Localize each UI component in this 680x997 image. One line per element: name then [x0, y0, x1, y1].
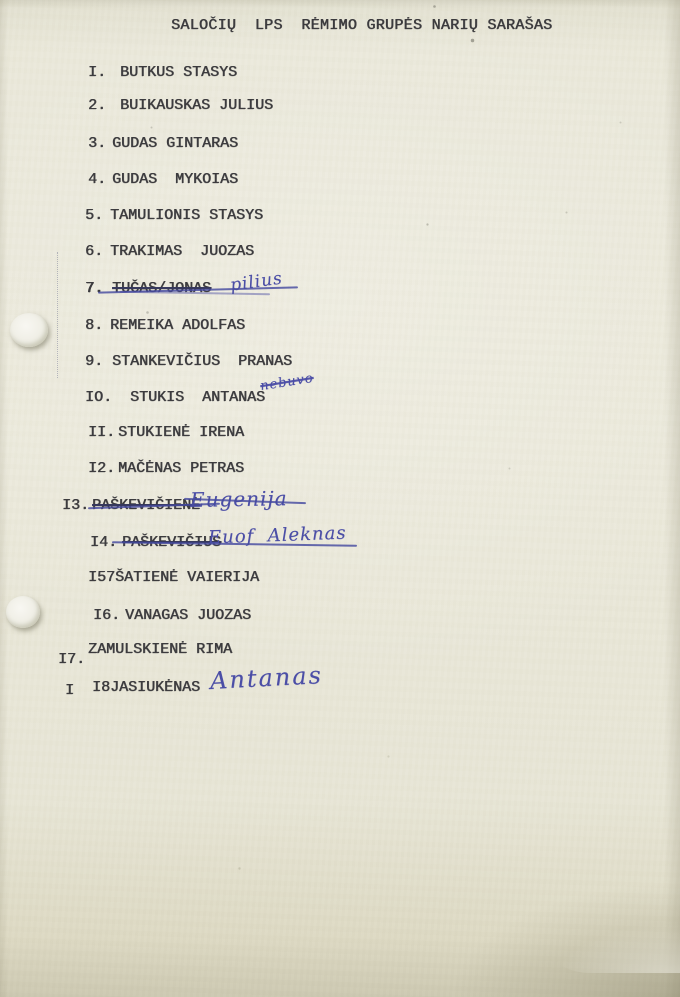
list-item: I. BUTKUS STASYS	[0, 64, 680, 86]
list-item: 6. TRAKIMAS JUOZAS	[0, 243, 680, 265]
item-number: I2.	[88, 460, 115, 477]
list-item: 4. GUDAS MYKOIAS	[0, 171, 680, 193]
member-name: TRAKIMAS JUOZAS	[110, 243, 254, 260]
item-number: I8	[92, 679, 110, 696]
list-item: 2. BUIKAUSKAS JULIUS	[0, 97, 680, 119]
item-number: 6.	[85, 243, 103, 260]
handwritten-annotation: Antanas	[209, 661, 323, 695]
item-number: II.	[88, 424, 115, 441]
member-name: GUDAS MYKOIAS	[112, 171, 238, 188]
item-number: 7.	[85, 280, 103, 297]
list-item: I I8 JASIUKĖNAS	[0, 679, 680, 701]
list-item: I57 ŠATIENĖ VAIERIJA	[0, 569, 680, 591]
member-name: ZAMULSKIENĖ RIMA	[88, 641, 232, 658]
list-item: 9. STANKEVIČIUS PRANAS	[0, 353, 680, 375]
corner-curl-highlight	[530, 913, 680, 973]
item-number: I7.	[58, 651, 85, 668]
document-title: SALOČIŲ LPS RĖMIMO GRUPĖS NARIŲ SARAŠAS	[171, 17, 552, 34]
top-edge-shadow	[0, 0, 680, 8]
list-item: 3. GUDAS GINTARAS	[0, 135, 680, 157]
member-name: STUKIS ANTANAS	[130, 389, 265, 406]
member-name: VANAGAS JUOZAS	[125, 607, 251, 624]
item-number: 4.	[88, 171, 106, 188]
member-name: BUIKAUSKAS JULIUS	[120, 97, 273, 114]
item-number: 9.	[85, 353, 103, 370]
member-name: GUDAS GINTARAS	[112, 135, 238, 152]
member-name: STANKEVIČIUS PRANAS	[112, 353, 292, 370]
item-number: 8.	[85, 317, 103, 334]
corner-curl-shadow	[420, 867, 680, 997]
list-item: IO. STUKIS ANTANAS	[0, 389, 680, 411]
paper-speck	[0, 0, 1, 1]
list-item: II. STUKIENĖ IRENA	[0, 424, 680, 446]
member-name: JASIUKĖNAS	[110, 679, 200, 696]
margin-mark: I	[65, 682, 74, 699]
list-item: I6. VANAGAS JUOZAS	[0, 607, 680, 629]
member-name: BUTKUS STASYS	[120, 64, 237, 81]
member-name: TAMULIONIS STASYS	[110, 207, 263, 224]
item-number: 2.	[88, 97, 106, 114]
item-number: I57	[88, 569, 115, 586]
item-number: I.	[88, 64, 106, 81]
item-number: I3.	[62, 497, 89, 514]
list-item: I7. ZAMULSKIENĖ RIMA	[0, 641, 680, 663]
list-item: I2. MAČĖNAS PETRAS	[0, 460, 680, 482]
scanned-document-page: SALOČIŲ LPS RĖMIMO GRUPĖS NARIŲ SARAŠAS …	[0, 0, 680, 997]
item-number: IO.	[85, 389, 112, 406]
item-number: 3.	[88, 135, 106, 152]
item-number: 5.	[85, 207, 103, 224]
member-name: MAČĖNAS PETRAS	[118, 460, 244, 477]
member-name: REMEIKA ADOLFAS	[110, 317, 245, 334]
list-item: 8. REMEIKA ADOLFAS	[0, 317, 680, 339]
list-item: 5. TAMULIONIS STASYS	[0, 207, 680, 229]
member-name: ŠATIENĖ VAIERIJA	[115, 569, 259, 586]
member-name: STUKIENĖ IRENA	[118, 424, 244, 441]
item-number: I6.	[93, 607, 120, 624]
